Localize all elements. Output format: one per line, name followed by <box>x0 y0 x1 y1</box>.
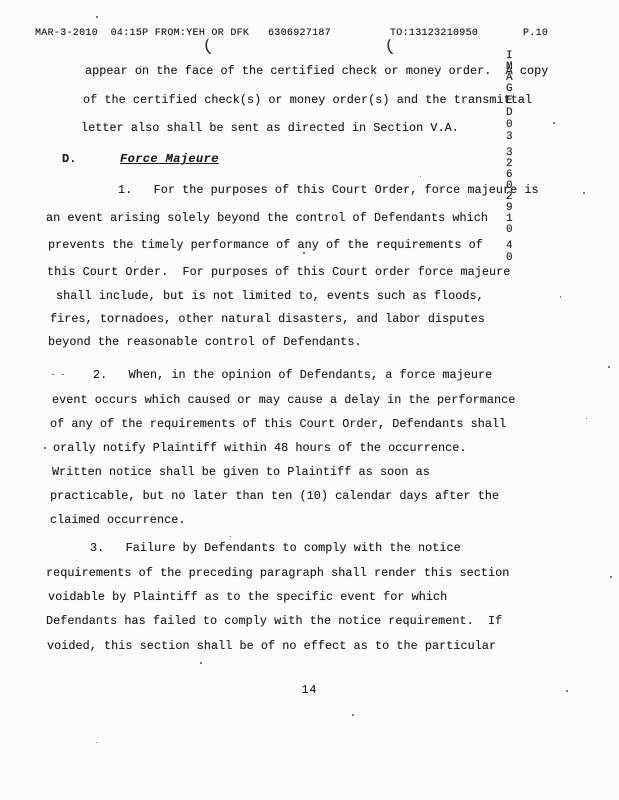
document-line: event occurs which caused or may cause a… <box>52 393 515 407</box>
document-line: beyond the reasonable control of Defenda… <box>48 335 362 349</box>
fax-header-number: 6306927187 <box>268 28 331 39</box>
document-line: of the certified check(s) or money order… <box>83 93 532 107</box>
document-line: prevents the timely performance of any o… <box>48 238 483 252</box>
stamp-char: 4 <box>506 240 513 252</box>
document-line: 3. Failure by Defendants to comply with … <box>90 541 461 555</box>
scan-speckle <box>553 122 555 124</box>
document-line: claimed occurrence. <box>50 513 185 527</box>
document-line: Written notice shall be given to Plainti… <box>52 465 430 479</box>
document-line: voidable by Plaintiff as to the specific… <box>48 590 447 604</box>
scan-speckle <box>352 714 354 716</box>
scan-speckle <box>583 192 585 194</box>
stamp-char: 3 <box>506 131 513 143</box>
stamp-char: D <box>506 107 513 119</box>
pen-mark: ( <box>384 37 397 56</box>
stamp-char: 0 <box>506 224 513 236</box>
document-line: letter also shall be sent as directed in… <box>81 121 459 135</box>
scan-speckle <box>96 16 98 18</box>
scan-speckle <box>44 447 46 449</box>
fax-header-datetime-from: MAR-3-2010 04:15P FROM:YEH OR DFK <box>35 28 249 39</box>
document-line: fires, tornadoes, other natural disaster… <box>50 312 485 326</box>
fax-header-to: TO:13123210950 <box>390 28 478 39</box>
document-line: 2. When, in the opinion of Defendants, a… <box>93 368 492 382</box>
document-line: this Court Order. For purposes of this C… <box>47 265 510 279</box>
scan-speckle <box>586 418 587 419</box>
scan-speckle <box>566 690 568 692</box>
document-line: voided, this section shall be of no effe… <box>47 639 496 653</box>
document-line: an event arising solely beyond the contr… <box>46 211 488 225</box>
scan-speckle <box>303 252 305 254</box>
document-line: requirements of the preceding paragraph … <box>46 566 509 580</box>
pen-mark: ( <box>202 37 215 56</box>
document-line: shall include, but is not limited to, ev… <box>56 289 484 303</box>
document-line: appear on the face of the certified chec… <box>85 64 548 78</box>
scan-speckle <box>610 576 612 578</box>
stamp-char: 0 <box>506 119 513 131</box>
scanned-document-page: MAR-3-2010 04:15P FROM:YEH OR DFK 630692… <box>0 0 619 800</box>
page-number: 14 <box>0 684 619 697</box>
fax-header-page: P.10 <box>523 28 548 39</box>
scan-speckle <box>135 261 136 262</box>
stamp-char: 0 <box>506 252 513 264</box>
scan-speckle <box>96 742 97 743</box>
scan-speckle <box>62 374 64 375</box>
document-line: of any of the requirements of this Court… <box>50 417 506 431</box>
document-line: 1. For the purposes of this Court Order,… <box>118 183 539 197</box>
scan-speckle <box>140 66 141 67</box>
scan-speckle <box>608 366 610 368</box>
section-heading-title: Force Majeure <box>120 152 219 166</box>
document-line: orally notify Plaintiff within 48 hours … <box>53 441 467 455</box>
scan-speckle <box>560 296 561 298</box>
document-line: Defendants has failed to comply with the… <box>46 614 502 628</box>
scan-speckle <box>230 536 231 537</box>
document-line: practicable, but no later than ten (10) … <box>50 489 499 503</box>
section-heading-label: D. <box>62 152 77 166</box>
scan-speckle <box>52 374 54 375</box>
scan-speckle <box>200 662 202 664</box>
scan-speckle <box>420 176 421 177</box>
